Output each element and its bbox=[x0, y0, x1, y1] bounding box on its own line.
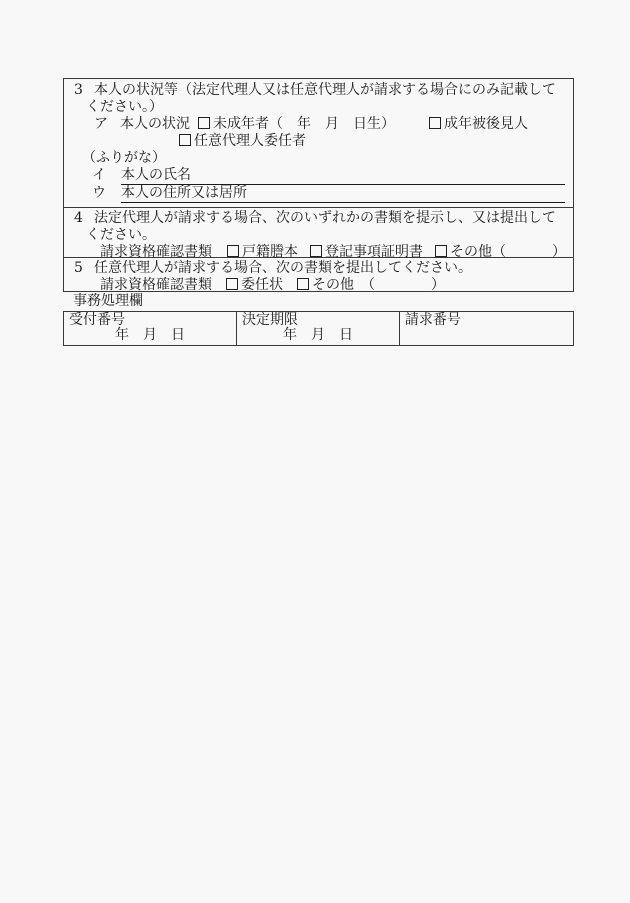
row-u-kana: ウ bbox=[92, 185, 121, 203]
checkbox-minor-label: 未成年者（ 年 月 日生） bbox=[213, 116, 395, 132]
section-3: 3本人の状況等（法定代理人又は任意代理人が請求する場合にのみ記載して ください。… bbox=[64, 79, 573, 208]
checkbox-icon[interactable] bbox=[227, 245, 239, 257]
section5-number: 5 bbox=[74, 260, 94, 277]
checkbox-voluntary-agent-principal[interactable]: 任意代理人委任者 bbox=[179, 133, 306, 149]
decision-date-field[interactable]: 年 月 日 bbox=[237, 328, 399, 343]
checkbox-other-sec5-label: その他 （ ） bbox=[312, 277, 445, 291]
section3-row-u: ウ本人の住所又は居所 bbox=[64, 185, 573, 203]
form-main-box: 3本人の状況等（法定代理人又は任意代理人が請求する場合にのみ記載して ください。… bbox=[63, 78, 574, 292]
section5-title: 任意代理人が請求する場合、次の書類を提出してください。 bbox=[94, 260, 472, 276]
document-page: 3本人の状況等（法定代理人又は任意代理人が請求する場合にのみ記載して ください。… bbox=[0, 0, 630, 903]
section4-title-line1: 法定代理人が請求する場合、次のいずれかの書類を提示し、又は提出して bbox=[94, 210, 556, 226]
row-u-label: 本人の住所又は居所 bbox=[121, 185, 247, 201]
checkbox-other-close: ） bbox=[552, 244, 566, 258]
section5-title-row: 5任意代理人が請求する場合、次の書類を提出してください。 bbox=[64, 260, 573, 277]
checkbox-other-sec5[interactable]: その他 （ ） bbox=[297, 277, 445, 291]
section4-number: 4 bbox=[74, 210, 94, 227]
checkbox-icon[interactable] bbox=[310, 245, 322, 257]
reception-date-field[interactable]: 年 月 日 bbox=[64, 328, 236, 343]
checkbox-registry-certificate[interactable]: 登記事項証明書 bbox=[310, 244, 423, 258]
section3-title-line1-row: 3本人の状況等（法定代理人又は任意代理人が請求する場合にのみ記載して bbox=[64, 82, 573, 99]
checkbox-icon[interactable] bbox=[435, 245, 447, 257]
request-number-title: 請求番号 bbox=[400, 312, 573, 328]
checkbox-power-of-attorney[interactable]: 委任状 bbox=[226, 277, 283, 291]
checkbox-family-register-label: 戸籍謄本 bbox=[242, 244, 298, 258]
checkbox-icon[interactable] bbox=[198, 117, 210, 129]
decision-deadline-title: 決定期限 bbox=[237, 312, 399, 328]
section4-docs-row: 請求資格確認書類戸籍謄本登記事項証明書その他（） bbox=[64, 244, 573, 258]
row-i-label: 本人の氏名 bbox=[121, 167, 191, 183]
admin-section-label: 事務処理欄 bbox=[73, 293, 143, 309]
row-a-label: 本人の状況 bbox=[120, 116, 190, 132]
section3-row-i: イ本人の氏名 bbox=[64, 167, 573, 185]
other-blank-field[interactable] bbox=[506, 244, 552, 258]
section3-title-line2: ください。） bbox=[64, 99, 573, 116]
row-a-kana: ア bbox=[94, 116, 108, 133]
checkbox-other-open: その他（ bbox=[450, 244, 506, 258]
section5-docs-label: 請求資格確認書類 bbox=[100, 277, 212, 291]
checkbox-icon[interactable] bbox=[179, 134, 191, 146]
section-4: 4法定代理人が請求する場合、次のいずれかの書類を提示し、又は提出して ください。… bbox=[64, 208, 573, 258]
checkbox-family-register[interactable]: 戸籍謄本 bbox=[227, 244, 298, 258]
checkbox-adult-ward[interactable]: 成年被後見人 bbox=[429, 116, 528, 132]
section3-number: 3 bbox=[74, 82, 94, 99]
admin-table: 受付番号 年 月 日 決定期限 年 月 日 請求番号 bbox=[63, 311, 574, 346]
request-number-cell[interactable]: 請求番号 bbox=[400, 312, 573, 345]
name-field[interactable]: 本人の氏名 bbox=[121, 167, 565, 185]
section4-title-line2: ください。 bbox=[64, 227, 573, 244]
section3-row-a: ア本人の状況未成年者（ 年 月 日生）成年被後見人 bbox=[64, 116, 573, 133]
checkbox-icon[interactable] bbox=[429, 117, 441, 129]
checkbox-other-sec4[interactable]: その他（ bbox=[435, 244, 506, 258]
section5-docs-row: 請求資格確認書類委任状その他 （ ） bbox=[64, 277, 573, 291]
checkbox-adult-ward-label: 成年被後見人 bbox=[444, 116, 528, 132]
section4-docs-label: 請求資格確認書類 bbox=[100, 244, 212, 258]
checkbox-registry-certificate-label: 登記事項証明書 bbox=[325, 244, 423, 258]
furigana-label: （ふりがな） bbox=[64, 150, 573, 167]
checkbox-minor[interactable]: 未成年者（ 年 月 日生） bbox=[198, 116, 395, 132]
reception-number-title: 受付番号 bbox=[64, 312, 236, 328]
reception-number-cell[interactable]: 受付番号 年 月 日 bbox=[64, 312, 237, 345]
decision-deadline-cell[interactable]: 決定期限 年 月 日 bbox=[237, 312, 400, 345]
section3-title-line1: 本人の状況等（法定代理人又は任意代理人が請求する場合にのみ記載して bbox=[94, 82, 556, 98]
checkbox-icon[interactable] bbox=[226, 278, 238, 290]
checkbox-voluntary-agent-principal-label: 任意代理人委任者 bbox=[194, 133, 306, 149]
section-5: 5任意代理人が請求する場合、次の書類を提出してください。 請求資格確認書類委任状… bbox=[64, 258, 573, 291]
address-field[interactable]: 本人の住所又は居所 bbox=[121, 185, 565, 203]
row-i-kana: イ bbox=[92, 167, 121, 185]
checkbox-icon[interactable] bbox=[297, 278, 309, 290]
section3-row-a-line2: 任意代理人委任者 bbox=[64, 133, 573, 150]
checkbox-power-of-attorney-label: 委任状 bbox=[241, 277, 283, 291]
section4-title-line1-row: 4法定代理人が請求する場合、次のいずれかの書類を提示し、又は提出して bbox=[64, 210, 573, 227]
